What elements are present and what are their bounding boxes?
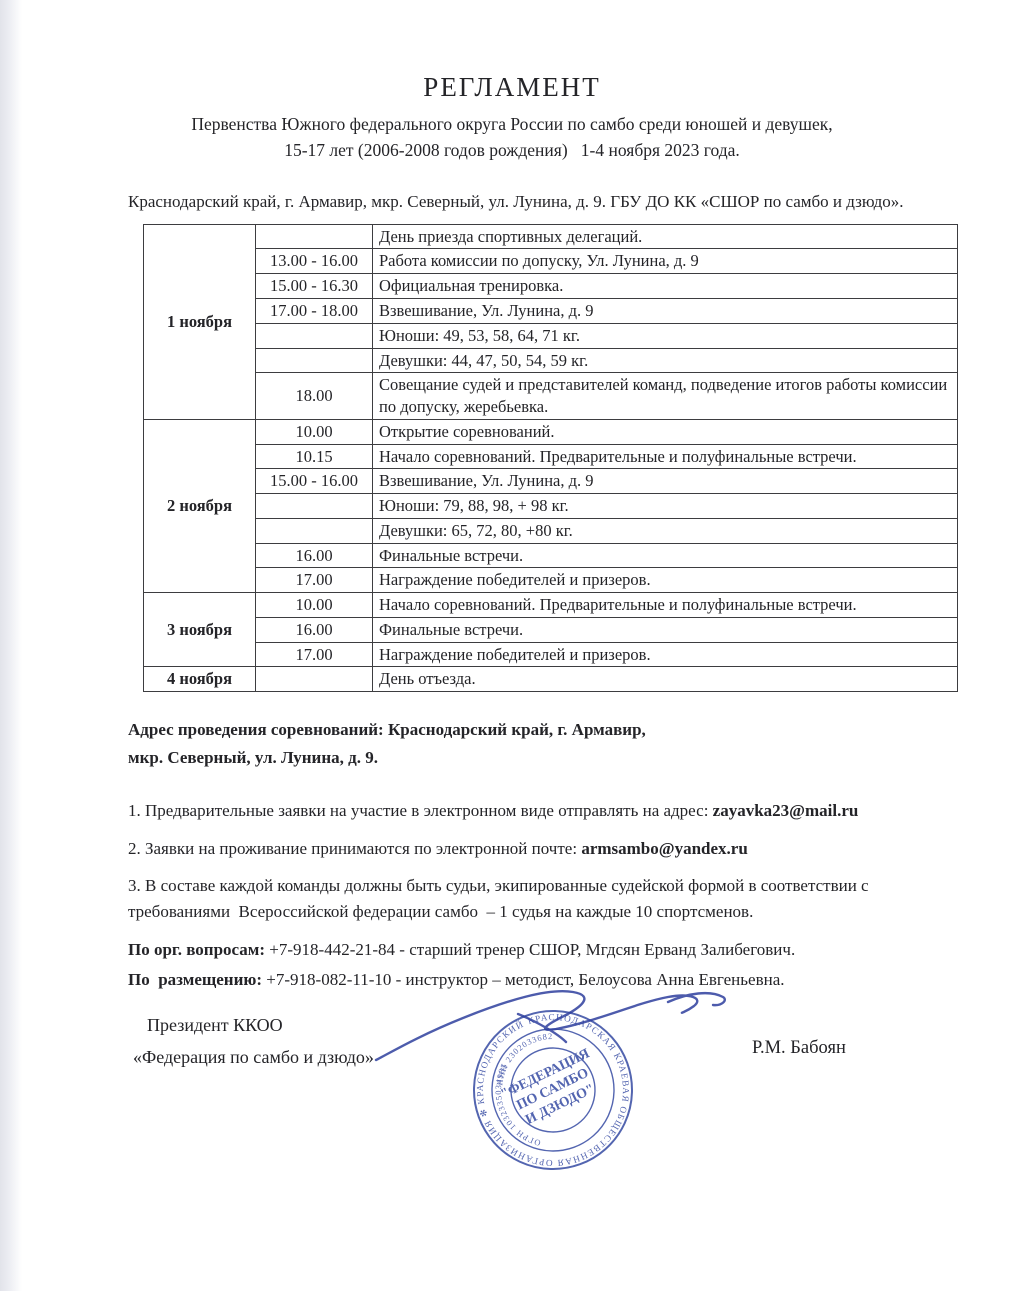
venue-paragraph: Краснодарский край, г. Армавир, мкр. Сев… xyxy=(128,188,964,215)
event-cell: Взвешивание, Ул. Лунина, д. 9 xyxy=(373,469,958,494)
table-row: 16.00 Финальные встречи. xyxy=(144,617,958,642)
event-cell: Финальные встречи. xyxy=(373,617,958,642)
event-cell: Начало соревнований. Предварительные и п… xyxy=(373,444,958,469)
address-line-2: мкр. Северный, ул. Лунина, д. 9. xyxy=(128,748,378,767)
time-cell: 16.00 xyxy=(256,617,373,642)
competition-address: Адрес проведения соревнований: Краснодар… xyxy=(128,716,1024,772)
contact-org: По орг. вопросам: +7-918-442-21-84 - ста… xyxy=(128,937,964,963)
time-cell: 10.00 xyxy=(256,593,373,618)
event-cell: День приезда спортивных делегаций. xyxy=(373,224,958,249)
note-3: 3. В составе каждой команды должны быть … xyxy=(128,873,964,926)
note-text: Предварительные заявки на участие в элек… xyxy=(145,801,708,820)
scan-edge-shadow xyxy=(0,0,22,1291)
time-cell xyxy=(256,494,373,519)
time-cell xyxy=(256,518,373,543)
event-cell: Финальные встречи. xyxy=(373,543,958,568)
time-cell: 15.00 - 16.30 xyxy=(256,274,373,299)
table-row: 4 ноября День отъезда. xyxy=(144,667,958,692)
signatory-title-line-1: Президент ККОО xyxy=(147,1010,374,1042)
note-text: Заявки на проживание принимаются по элек… xyxy=(145,839,577,858)
notes-section: 1. Предварительные заявки на участие в э… xyxy=(128,798,964,993)
table-row: Девушки: 65, 72, 80, +80 кг. xyxy=(144,518,958,543)
event-cell: Совещание судей и представителей команд,… xyxy=(373,373,958,420)
time-cell: 10.15 xyxy=(256,444,373,469)
time-cell: 17.00 xyxy=(256,642,373,667)
time-cell: 17.00 xyxy=(256,568,373,593)
table-row: 17.00 - 18.00 Взвешивание, Ул. Лунина, д… xyxy=(144,298,958,323)
event-cell: Юноши: 49, 53, 58, 64, 71 кг. xyxy=(373,323,958,348)
time-cell: 18.00 xyxy=(256,373,373,420)
doc-title: РЕГЛАМЕНТ xyxy=(0,72,1024,103)
time-cell xyxy=(256,667,373,692)
signatory-name: Р.М. Бабоян xyxy=(752,1038,846,1059)
contact-text: +7-918-442-21-84 - старший тренер СШОР, … xyxy=(269,940,795,959)
event-cell: Официальная тренировка. xyxy=(373,274,958,299)
event-cell: Юноши: 79, 88, 98, + 98 кг. xyxy=(373,494,958,519)
note-text: В составе каждой команды должны быть суд… xyxy=(128,876,869,921)
time-cell: 16.00 xyxy=(256,543,373,568)
table-row: 15.00 - 16.30 Официальная тренировка. xyxy=(144,274,958,299)
schedule-table: 1 ноября День приезда спортивных делегац… xyxy=(143,224,958,693)
table-row: 2 ноября 10.00 Открытие соревнований. xyxy=(144,419,958,444)
event-cell: Открытие соревнований. xyxy=(373,419,958,444)
event-cell: Награждение победителей и призеров. xyxy=(373,568,958,593)
signatory-title-line-2: «Федерация по самбо и дзюдо» xyxy=(133,1042,374,1074)
day-cell: 3 ноября xyxy=(144,593,256,667)
table-row: Юноши: 49, 53, 58, 64, 71 кг. xyxy=(144,323,958,348)
table-row: 13.00 - 16.00 Работа комиссии по допуску… xyxy=(144,249,958,274)
note-email: armsambo@yandex.ru xyxy=(581,839,747,858)
note-2: 2. Заявки на проживание принимаются по э… xyxy=(128,836,964,862)
day-cell: 1 ноября xyxy=(144,224,256,419)
table-row: Юноши: 79, 88, 98, + 98 кг. xyxy=(144,494,958,519)
table-row: 16.00 Финальные встречи. xyxy=(144,543,958,568)
time-cell xyxy=(256,323,373,348)
address-line-1: Адрес проведения соревнований: Краснодар… xyxy=(128,720,646,739)
time-cell: 10.00 xyxy=(256,419,373,444)
table-row: 15.00 - 16.00 Взвешивание, Ул. Лунина, д… xyxy=(144,469,958,494)
document-page: РЕГЛАМЕНТ Первенства Южного федерального… xyxy=(0,0,1024,1291)
time-cell xyxy=(256,348,373,373)
subtitle-line-1: Первенства Южного федерального округа Ро… xyxy=(191,114,832,134)
event-cell: Девушки: 44, 47, 50, 54, 59 кг. xyxy=(373,348,958,373)
note-1: 1. Предварительные заявки на участие в э… xyxy=(128,798,964,824)
table-row: 10.15 Начало соревнований. Предварительн… xyxy=(144,444,958,469)
event-cell: День отъезда. xyxy=(373,667,958,692)
table-row: 17.00 Награждение победителей и призеров… xyxy=(144,642,958,667)
doc-subtitle: Первенства Южного федерального округа Ро… xyxy=(0,111,1024,164)
table-row: 18.00 Совещание судей и представителей к… xyxy=(144,373,958,420)
table-row: 1 ноября День приезда спортивных делегац… xyxy=(144,224,958,249)
note-number: 1. xyxy=(128,801,141,820)
day-cell: 4 ноября xyxy=(144,667,256,692)
time-cell: 15.00 - 16.00 xyxy=(256,469,373,494)
event-cell: Работа комиссии по допуску, Ул. Лунина, … xyxy=(373,249,958,274)
note-number: 3. xyxy=(128,876,141,895)
handwritten-signature xyxy=(368,972,733,1087)
time-cell: 13.00 - 16.00 xyxy=(256,249,373,274)
table-row: 17.00 Награждение победителей и призеров… xyxy=(144,568,958,593)
contact-label: По орг. вопросам: xyxy=(128,940,265,959)
time-cell: 17.00 - 18.00 xyxy=(256,298,373,323)
day-cell: 2 ноября xyxy=(144,419,256,592)
event-cell: Девушки: 65, 72, 80, +80 кг. xyxy=(373,518,958,543)
table-row: Девушки: 44, 47, 50, 54, 59 кг. xyxy=(144,348,958,373)
contact-label: По размещению: xyxy=(128,970,262,989)
note-email: zayavka23@mail.ru xyxy=(713,801,859,820)
note-number: 2. xyxy=(128,839,141,858)
time-cell xyxy=(256,224,373,249)
table-row: 3 ноября 10.00 Начало соревнований. Пред… xyxy=(144,593,958,618)
event-cell: Начало соревнований. Предварительные и п… xyxy=(373,593,958,618)
signature-stroke-main xyxy=(376,991,697,1060)
event-cell: Награждение победителей и призеров. xyxy=(373,642,958,667)
subtitle-line-2: 15-17 лет (2006-2008 годов рождения) 1-4… xyxy=(284,140,740,160)
event-cell: Взвешивание, Ул. Лунина, д. 9 xyxy=(373,298,958,323)
signatory-title: Президент ККОО «Федерация по самбо и дзю… xyxy=(133,1010,374,1073)
